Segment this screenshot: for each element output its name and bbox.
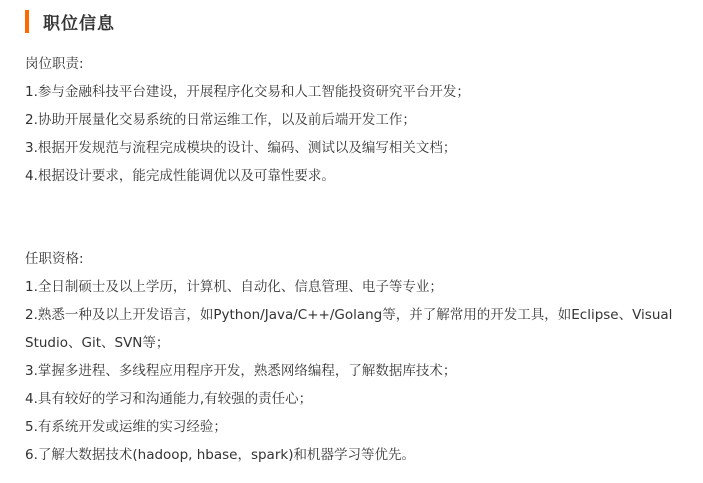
- job-description: 岗位职责: 1.参与金融科技平台建设，开展程序化交易和人工智能投资研究平台开发；…: [25, 50, 690, 469]
- qualifications-heading: 任职资格:: [25, 245, 690, 273]
- accent-bar: [25, 10, 29, 33]
- qualification-item: 6.了解大数据技术(hadoop, hbase，spark)和机器学习等优先。: [25, 441, 690, 469]
- duty-item: 2.协助开展量化交易系统的日常运维工作，以及前后端开发工作；: [25, 106, 690, 134]
- duties-heading: 岗位职责:: [25, 50, 690, 78]
- duty-item: 1.参与金融科技平台建设，开展程序化交易和人工智能投资研究平台开发；: [25, 78, 690, 106]
- section-title: 职位信息: [43, 9, 115, 34]
- qualification-item: 1.全日制硕士及以上学历，计算机、自动化、信息管理、电子等专业；: [25, 273, 690, 301]
- section-header: 职位信息: [25, 9, 115, 33]
- qualification-item: 4.具有较好的学习和沟通能力,有较强的责任心；: [25, 385, 690, 413]
- qualification-item: 2.熟悉一种及以上开发语言，如Python/Java/C++/Golang等，并…: [25, 301, 690, 357]
- duty-item: 4.根据设计要求，能完成性能调优以及可靠性要求。: [25, 162, 690, 190]
- qualification-item: 3.掌握多进程、多线程应用程序开发，熟悉网络编程，了解数据库技术；: [25, 357, 690, 385]
- spacer: [25, 190, 690, 245]
- qualification-item: 5.有系统开发或运维的实习经验；: [25, 413, 690, 441]
- duty-item: 3.根据开发规范与流程完成模块的设计、编码、测试以及编写相关文档；: [25, 134, 690, 162]
